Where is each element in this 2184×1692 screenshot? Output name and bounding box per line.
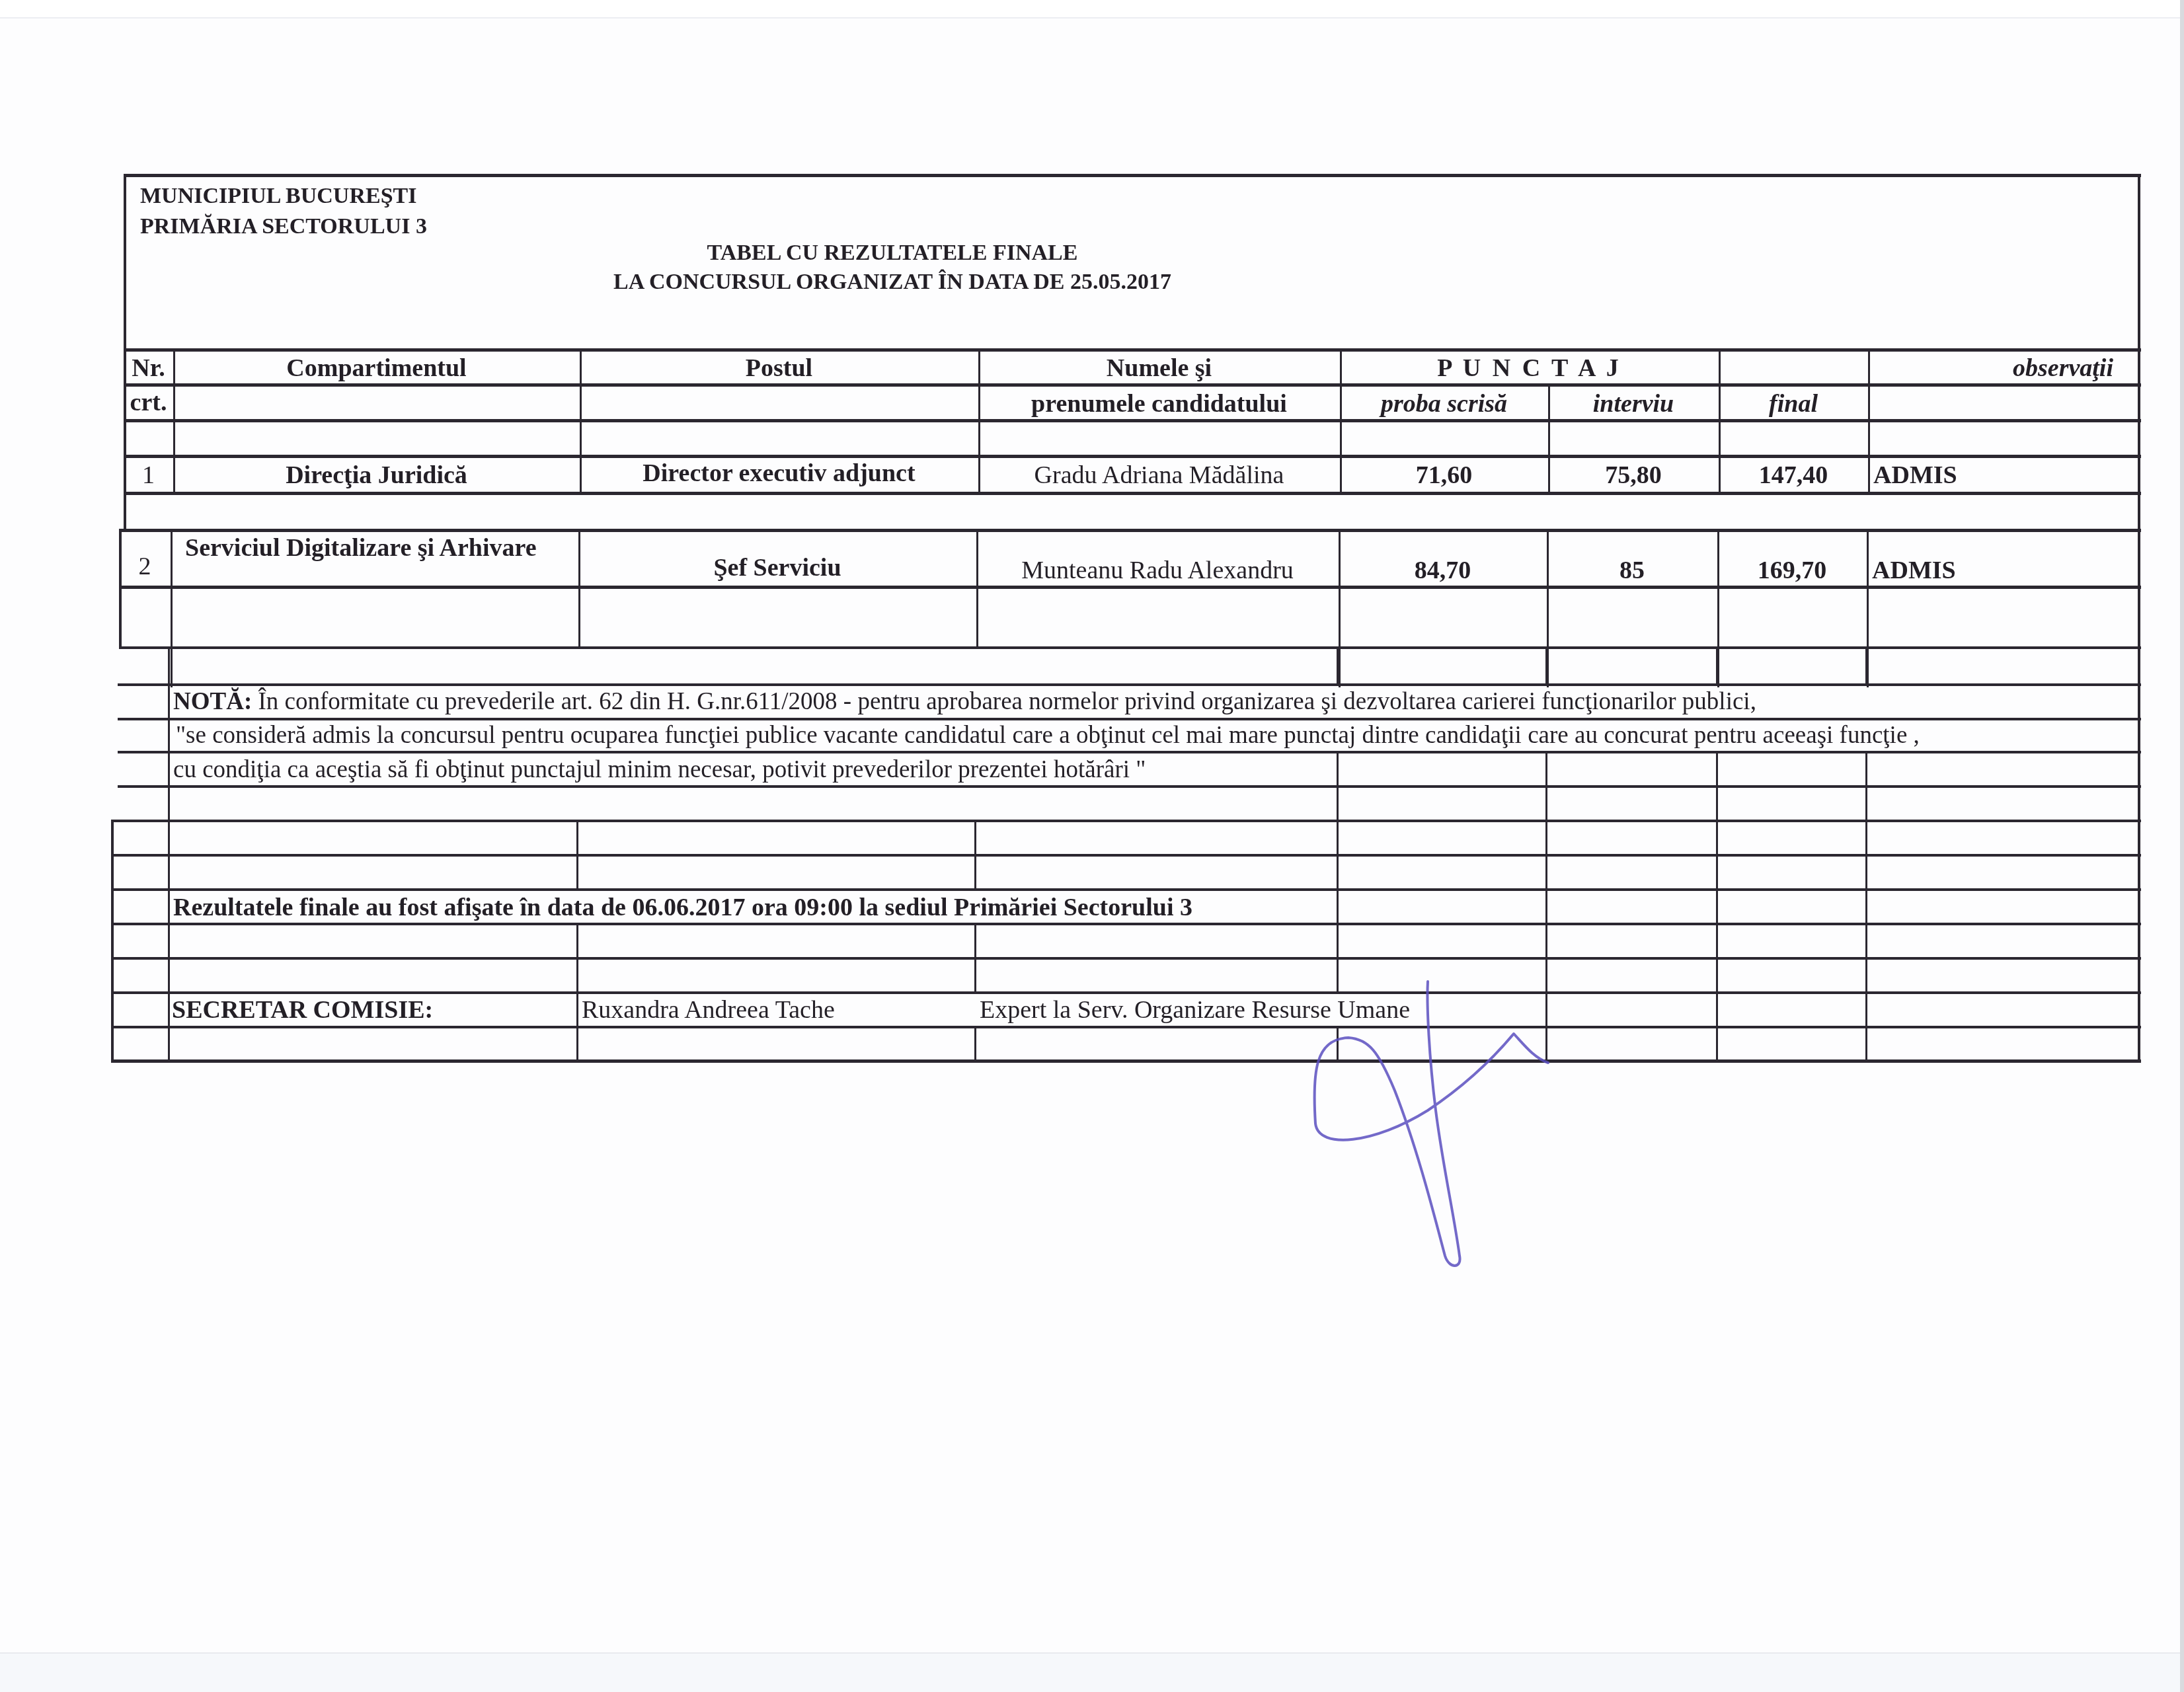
- lower-left-line: [111, 820, 114, 1061]
- lower-col-post-3: [974, 1026, 976, 1061]
- row2-left-line: [119, 529, 122, 649]
- row2-bottom-line: [119, 586, 2141, 589]
- row1-top-line: [124, 455, 2141, 458]
- row1-candidat: Gradu Adriana Mădălina: [978, 463, 1340, 488]
- scan-edge-top: [0, 0, 2184, 19]
- lower-col-interviu-2: [1716, 923, 1718, 1061]
- secretary-name: Ruxandra Andreea Tache: [582, 997, 835, 1022]
- row2-nr: 2: [119, 554, 171, 579]
- frame-top-line: [124, 174, 2141, 177]
- gap-col-nume: [1337, 648, 1339, 685]
- row1-nr: 1: [124, 463, 173, 488]
- row2-col-nume: [1339, 529, 1341, 687]
- institution-department: PRIMĂRIA SECTORULUI 3: [140, 215, 427, 238]
- frame-left-line: [124, 174, 126, 352]
- grid-line-b: [114, 854, 2141, 857]
- col-header-prenume: prenumele candidatului: [978, 391, 1340, 416]
- secretary-top-line: [111, 991, 2141, 994]
- grid-line-c: [112, 888, 2141, 891]
- note-line-1: NOTĂ: În conformitate cu prevederile art…: [173, 689, 1756, 714]
- col-header-interviu: interviu: [1548, 391, 1719, 416]
- row2-top-line: [119, 529, 2141, 532]
- col-header-compartiment: Compartimentul: [173, 356, 580, 381]
- row1-post: Director executiv adjunct: [580, 461, 978, 486]
- row1-interviu: 75,80: [1548, 463, 1719, 488]
- row1-compartiment: Direcţia Juridică: [173, 463, 580, 488]
- gap-col-interviu: [1716, 648, 1718, 685]
- secretary-label: SECRETAR COMISIE:: [172, 997, 433, 1022]
- row2-compartiment: Serviciul Digitalizare şi Arhivare: [185, 535, 537, 560]
- signature-scribble: [1296, 978, 1573, 1269]
- scan-edge-right: [2180, 0, 2184, 1692]
- row1-bottom-line: [124, 492, 2141, 495]
- lower-col-interviu-1: [1716, 751, 1718, 923]
- gap-col-final: [1865, 648, 1867, 685]
- note-line-3: cu condiţia ca aceştia să fi obţinut pun…: [173, 757, 1146, 782]
- row1-proba-scrisa: 71,60: [1340, 463, 1548, 488]
- row2-col-compartiment: [578, 529, 580, 649]
- note-text-1: În conformitate cu prevederile art. 62 d…: [258, 688, 1756, 715]
- posting-bottom-line: [112, 923, 2141, 925]
- table-header-top-line: [124, 348, 2141, 352]
- row2-col-post: [976, 529, 978, 649]
- col-header-nr: Nr.: [124, 356, 173, 381]
- row2-proba-scrisa: 84,70: [1339, 558, 1547, 583]
- table-header-mid-line: [124, 383, 2141, 387]
- note-top-line: [118, 683, 2141, 686]
- row2-interviu: 85: [1547, 558, 1717, 583]
- lower-col-nr: [168, 648, 170, 1061]
- lower-col-post-1: [974, 820, 976, 888]
- lower-col-final-2: [1865, 923, 1867, 1061]
- note-label: NOTĂ:: [173, 688, 252, 715]
- gap-col-proba: [1545, 648, 1547, 685]
- note-line1-bottom: [118, 718, 2141, 720]
- row2-candidat: Munteanu Radu Alexandru: [976, 558, 1339, 583]
- lower-col-compartiment-2: [576, 923, 578, 1061]
- col-header-crt: crt.: [124, 390, 173, 415]
- lower-col-post-2: [974, 923, 976, 991]
- row2-blank-bottom-line: [119, 646, 2141, 649]
- note-line2-bottom: [118, 751, 2141, 753]
- row1-status: ADMIS: [1873, 463, 1957, 488]
- lower-col-final-1: [1865, 751, 1867, 923]
- gap-left-line: [124, 492, 126, 531]
- col-header-post: Postul: [580, 356, 978, 381]
- lower-col-compartiment-1: [576, 820, 578, 888]
- table-header-bottom-line: [124, 419, 2141, 422]
- scan-edge-bottom: [0, 1652, 2184, 1692]
- table-bottom-line: [111, 1059, 2141, 1063]
- document-title: TABEL CU REZULTATELE FINALE: [463, 242, 1322, 264]
- col-header-nume: Numele şi: [978, 356, 1340, 381]
- col-header-observatii: observaţii: [2013, 356, 2113, 381]
- note-line-2: "se consideră admis la concursul pentru …: [176, 723, 1920, 748]
- row2-col-nr: [171, 529, 173, 687]
- grid-line-a: [114, 820, 2141, 822]
- institution-name: MUNICIPIUL BUCUREŞTI: [140, 185, 416, 208]
- col-header-proba-scrisa: proba scrisă: [1340, 391, 1548, 416]
- grid-line-d: [112, 957, 2141, 960]
- frame-right-line: [2138, 174, 2140, 1063]
- col-line-final: [1868, 348, 1870, 494]
- document-subtitle: LA CONCURSUL ORGANIZAT ÎN DATA DE 25.05.…: [463, 271, 1322, 293]
- col-header-punctaj: P U N C T A J: [1340, 356, 1719, 381]
- note-line3-bottom: [118, 785, 2141, 788]
- row2-post: Şef Serviciu: [578, 555, 976, 580]
- col-header-final: final: [1719, 391, 1868, 416]
- secretary-bottom-line: [111, 1026, 2141, 1028]
- lower-col-nume-1: [1337, 820, 1339, 923]
- posting-text: Rezultatele finale au fost afişate în da…: [173, 895, 1192, 920]
- row2-status: ADMIS: [1872, 558, 1956, 583]
- lower-col-proba-1: [1545, 751, 1547, 923]
- row2-final: 169,70: [1717, 558, 1867, 583]
- row1-final: 147,40: [1719, 463, 1868, 488]
- note-col-a: [1337, 751, 1339, 820]
